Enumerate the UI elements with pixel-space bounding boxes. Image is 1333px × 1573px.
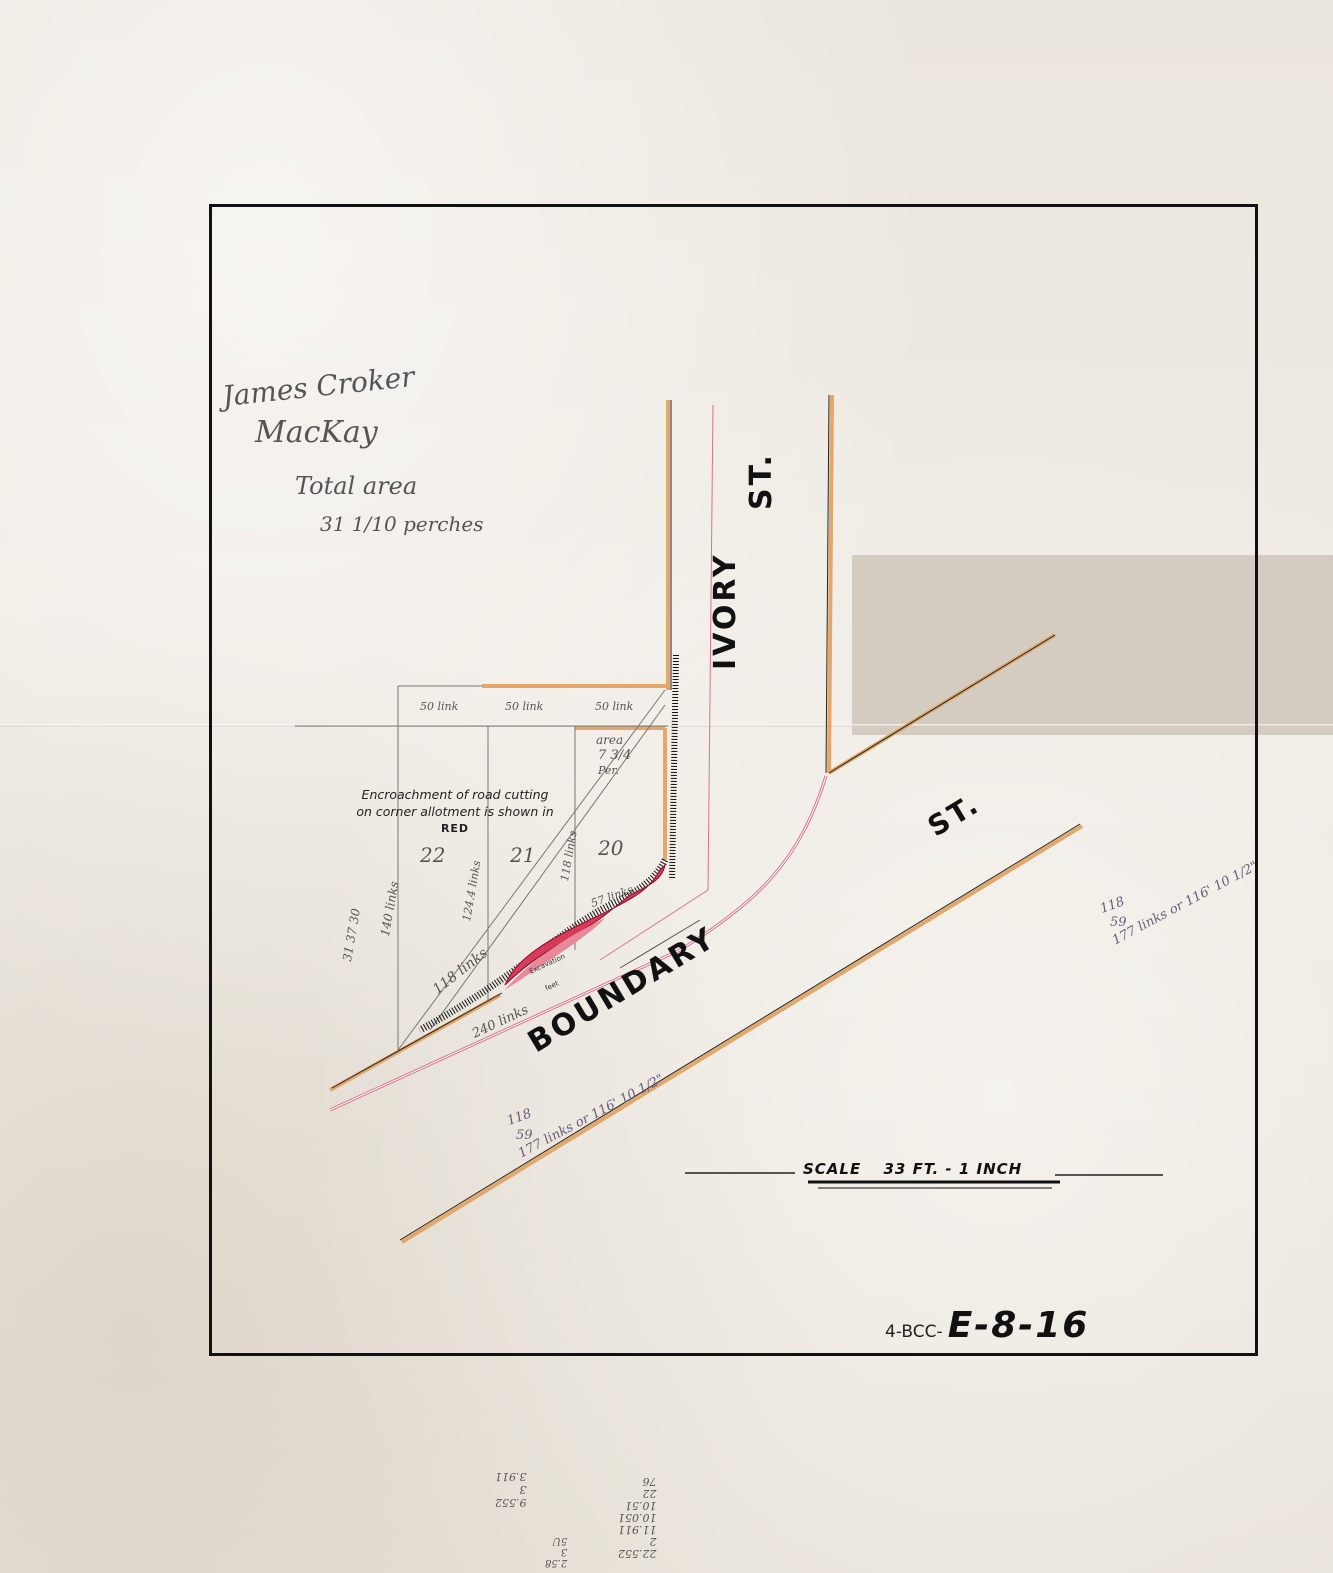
total-area-label: Total area [295,472,417,500]
reference-prefix: 4-BCC- [885,1322,943,1342]
note-line1: Encroachment of road cutting [330,786,580,803]
scale-value: 33 FT. - 1 INCH [883,1160,1022,1178]
scale-label: SCALE [803,1160,861,1178]
lot20-frontage: 50 link [595,700,633,713]
lot21-frontage: 50 link [505,700,543,713]
lot20-number: 20 [598,836,623,860]
margin-calc-right: 22.552 2 11.911 10.051 10.51 22 76 [618,1475,657,1559]
margin-calc-middle: 2.58 3 5U [545,1535,567,1568]
owner-name-line2: MacKay [255,415,378,450]
lot21-number: 21 [510,843,535,867]
ivory-street-name: IVORY [708,552,743,670]
lot20-area-unit: Per. [598,764,619,777]
plan-reference: 4-BCC- E-8-16 [885,1305,1089,1346]
reference-code: E-8-16 [948,1305,1090,1346]
lot20-area-value: 7 3/4 [598,748,631,763]
scale-text: SCALE 33 FT. - 1 INCH [803,1160,1022,1178]
ivory-street-west-edge [668,400,671,690]
ivory-street-east-edge [826,395,832,773]
encroachment-note: Encroachment of road cutting on corner a… [330,786,580,837]
lot22-frontage: 50 link [420,700,458,713]
boundary-street-south-edge [402,826,1082,1242]
note-line2: on corner allotment is shown in [330,803,580,820]
total-area-value: 31 1/10 perches [320,512,483,536]
lot22-number: 22 [420,843,445,867]
ivory-street-suffix: ST. [744,452,779,510]
margin-calc-left: 9.552 3 3.911 [495,1470,527,1509]
note-line3: RED [330,820,580,837]
survey-plan-drawing [0,0,1333,1573]
lot20-area-label: area [596,733,623,747]
